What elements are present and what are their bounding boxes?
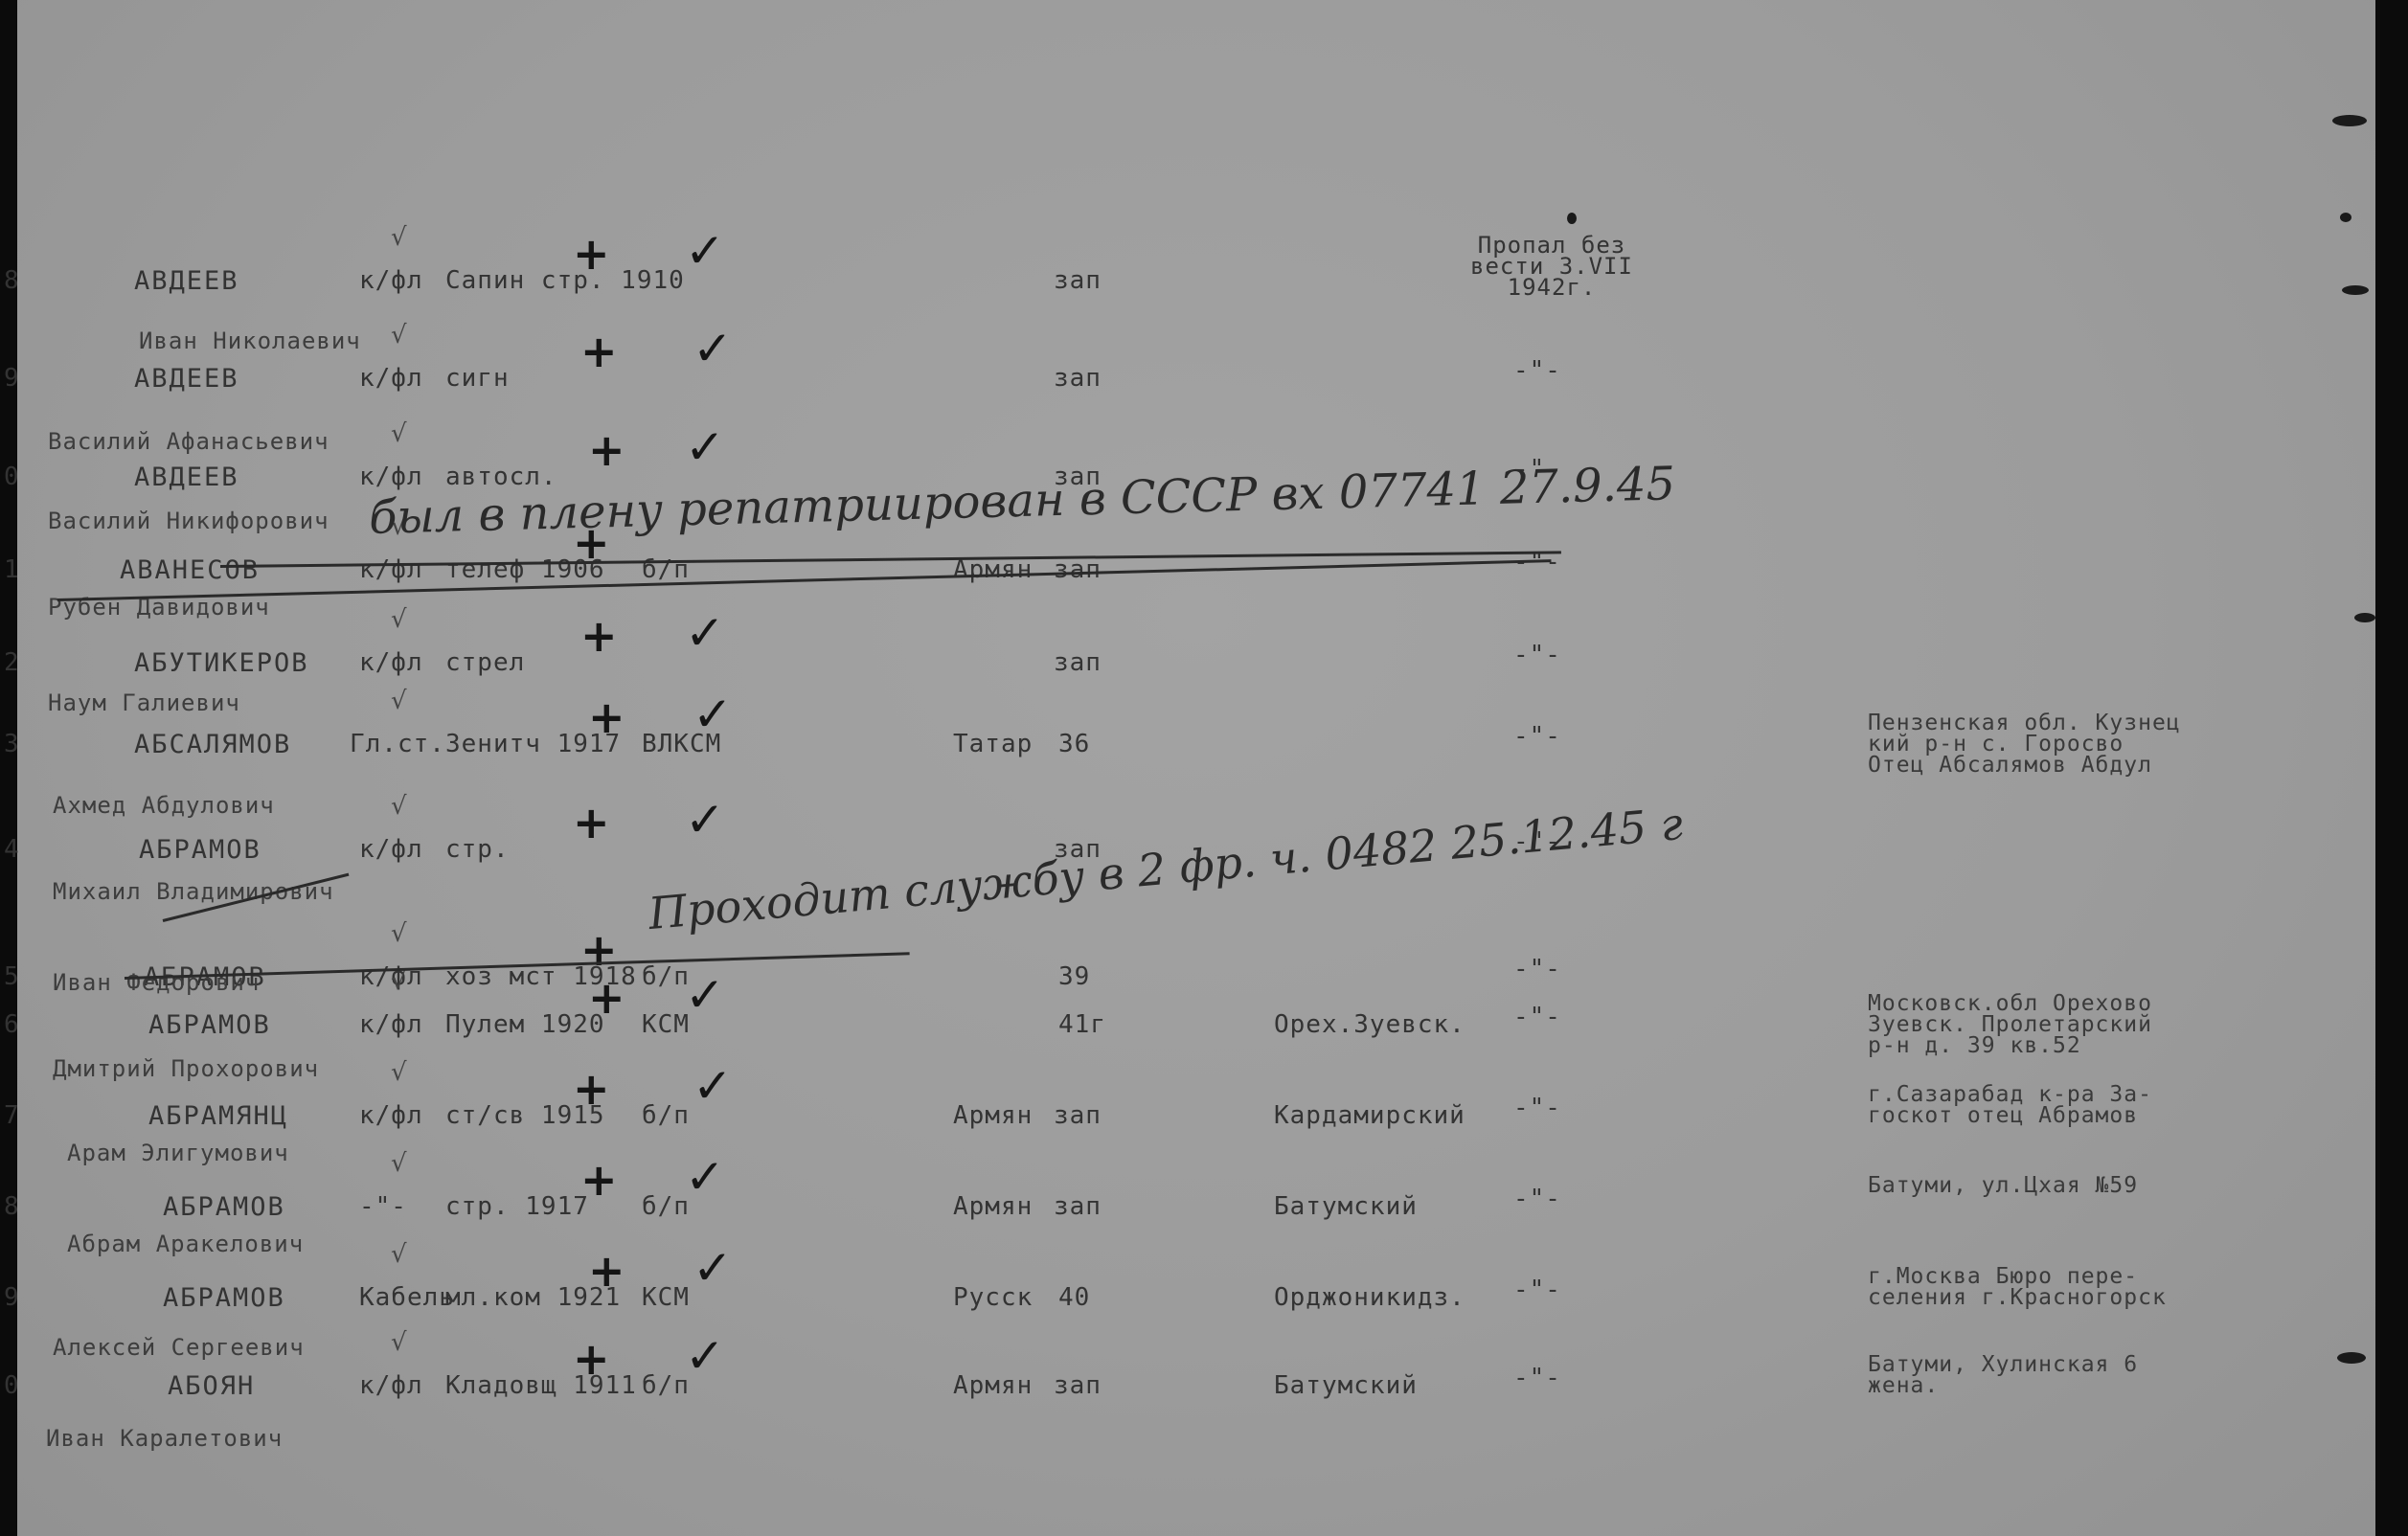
plus-mark: + (573, 1063, 610, 1115)
check-mark: ✓ (685, 419, 725, 475)
patronymic: Ахмед Абдулович (53, 792, 275, 819)
tick-mark: √ (391, 321, 407, 350)
plus-mark: + (588, 691, 625, 743)
home-region: Орджоникидз. (1274, 1283, 1465, 1312)
check-mark: ✓ (693, 687, 733, 742)
tick-mark: √ (391, 919, 407, 948)
patronymic: Дмитрий Прохорович (53, 1055, 319, 1082)
home-address: г.Москва Бюро пере- селения г.Красногорс… (1868, 1266, 2167, 1308)
row-number: 0 (4, 463, 19, 491)
service-status: к/фл (359, 1371, 423, 1400)
home-address: г.Сазарабад к-ра За- госкот отец Абрамов (1868, 1084, 2152, 1126)
plus-mark: + (588, 972, 625, 1024)
surname: АВДЕЕВ (134, 463, 239, 492)
plus-mark: + (573, 228, 610, 280)
check-mark: ✓ (693, 321, 733, 376)
service-status: Гл.ст. (350, 730, 445, 758)
plus-mark: + (580, 924, 618, 976)
tick-mark: √ (391, 223, 407, 252)
home-address: Московск.обл Орехово Зуевск. Пролетарски… (1868, 993, 2152, 1056)
tick-mark: √ (391, 1328, 407, 1357)
rank-year: Сапин стр. 1910 (445, 266, 685, 295)
service-status: Кабель (359, 1283, 455, 1312)
rank-year: стрел (445, 648, 525, 677)
party: б/п (642, 1101, 690, 1130)
party: КСМ (642, 1010, 690, 1039)
surname: АБРАМОВ (148, 1010, 271, 1040)
home-address: Батуми, Хулинская 6 жена. (1868, 1354, 2138, 1396)
plus-mark: + (573, 1333, 610, 1385)
fate-header-note: Пропал без вести 3.VII 1942г. (1465, 235, 1638, 298)
surname: АВАНЕСОВ (120, 555, 260, 585)
paper-stain (2342, 285, 2369, 295)
row-number: 9 (4, 364, 19, 393)
rank-year: Пулем 1920 (445, 1010, 605, 1039)
row-number: 3 (4, 730, 19, 758)
paper-stain (2332, 115, 2367, 126)
tick-mark: √ (391, 605, 407, 634)
row-number: 1 (4, 555, 19, 584)
surname: АБРАМОВ (139, 835, 261, 865)
patronymic: Василий Никифорович (48, 508, 329, 534)
row-number: 8 (4, 1192, 19, 1221)
check-mark: ✓ (685, 1328, 725, 1384)
plus-mark: + (588, 424, 625, 476)
row-number: 9 (4, 1283, 19, 1312)
nationality: Армян (953, 1192, 1033, 1221)
rank-year: сигн (445, 364, 510, 393)
rank-year: стр. (445, 835, 510, 864)
age: 36 (1058, 730, 1090, 758)
age: 41г (1058, 1010, 1106, 1039)
service-status: к/фл (359, 648, 423, 677)
surname: АБРАМЯНЦ (148, 1101, 288, 1131)
party: б/п (642, 1192, 690, 1221)
check-mark: ✓ (693, 1240, 733, 1296)
row-number: 6 (4, 1010, 19, 1039)
fate: -"- (1513, 1185, 1561, 1213)
surname: АБРАМОВ (163, 1283, 285, 1313)
fate: -"- (1513, 356, 1561, 385)
check-mark: ✓ (685, 605, 725, 661)
scan-border-right (2375, 0, 2408, 1536)
patronymic: Арам Элигумович (67, 1140, 289, 1166)
surname: АВДЕЕВ (134, 266, 239, 296)
surname: АБОЯН (168, 1371, 255, 1401)
tick-mark: √ (391, 967, 407, 996)
draft-type: зап (1054, 1101, 1102, 1130)
service-status: к/фл (359, 1010, 423, 1039)
draft-type: зап (1054, 1192, 1102, 1221)
paper-stain (2340, 213, 2351, 222)
home-region: Кардамирский (1274, 1101, 1465, 1130)
fate: -"- (1513, 1094, 1561, 1122)
patronymic: Алексей Сергеевич (53, 1334, 305, 1361)
patronymic: Василий Афанасьевич (48, 428, 329, 455)
age: 40 (1058, 1283, 1090, 1312)
check-mark: ✓ (685, 967, 725, 1023)
draft-type: зап (1054, 266, 1102, 295)
paper-stain (2354, 613, 2375, 622)
party: КСМ (642, 1283, 690, 1312)
check-mark: ✓ (693, 1058, 733, 1114)
row-number: 5 (4, 962, 19, 991)
plus-mark: + (573, 797, 610, 848)
service-status: к/фл (359, 555, 423, 584)
patronymic: Михаил Владимирович (53, 878, 334, 905)
draft-type: зап (1054, 364, 1102, 393)
party: б/п (642, 962, 690, 991)
fate: -"- (1513, 1364, 1561, 1392)
patronymic: Иван Николаевич (139, 328, 361, 354)
nationality: Русск (953, 1283, 1033, 1312)
patronymic: Иван Каралетович (46, 1425, 283, 1452)
service-status: к/фл (359, 266, 423, 295)
surname: АВДЕЕВ (134, 364, 239, 394)
row-number: 7 (4, 1101, 19, 1130)
paper-stain (1567, 213, 1577, 224)
tick-mark: √ (391, 1240, 407, 1269)
service-status: к/фл (359, 364, 423, 393)
fate: -"- (1513, 955, 1561, 983)
nationality: Армян (953, 1101, 1033, 1130)
plus-mark: + (580, 610, 618, 662)
home-region: Орех.Зуевск. (1274, 1010, 1465, 1039)
plus-mark: + (588, 1245, 625, 1297)
party: б/п (642, 1371, 690, 1400)
row-number: 0 (4, 1371, 19, 1400)
fate: -"- (1513, 722, 1561, 751)
nationality: Татар (953, 730, 1033, 758)
row-number: 8 (4, 266, 19, 295)
tick-mark: √ (391, 687, 407, 715)
tick-mark: √ (391, 419, 407, 448)
tick-mark: √ (391, 1149, 407, 1178)
home-region: Батумский (1274, 1192, 1418, 1221)
row-number: 2 (4, 648, 19, 677)
check-mark: ✓ (685, 792, 725, 847)
paper-stain (2337, 1352, 2366, 1364)
service-status: к/фл (359, 463, 423, 491)
service-status: -"- (359, 1192, 407, 1221)
tick-mark: √ (391, 792, 407, 821)
nationality: Армян (953, 1371, 1033, 1400)
plus-mark: + (580, 1154, 618, 1206)
check-mark: ✓ (685, 223, 725, 279)
surname: АБРАМОВ (163, 1192, 285, 1222)
draft-type: зап (1054, 555, 1102, 584)
plus-mark: + (580, 326, 618, 377)
fate: -"- (1513, 1003, 1561, 1031)
home-address: Батуми, ул.Цхая №59 (1868, 1175, 2138, 1196)
home-region: Батумский (1274, 1371, 1418, 1400)
surname: АБСАЛЯМОВ (134, 730, 291, 759)
row-number: 4 (4, 835, 19, 864)
draft-type: зап (1054, 1371, 1102, 1400)
service-status: к/фл (359, 835, 423, 864)
rank-year: стр. 1917 (445, 1192, 589, 1221)
home-address: Пензенская обл. Кузнец кий р-н с. Горосв… (1868, 712, 2181, 776)
surname: АБУТИКЕРОВ (134, 648, 309, 678)
check-mark: ✓ (685, 1149, 725, 1205)
fate: -"- (1513, 641, 1561, 669)
patronymic: Наум Галиевич (48, 689, 240, 716)
age: 39 (1058, 962, 1090, 991)
tick-mark: √ (391, 1058, 407, 1087)
fate: -"- (1513, 1276, 1561, 1304)
patronymic: Абрам Аракелович (67, 1231, 304, 1257)
service-status: к/фл (359, 1101, 423, 1130)
draft-type: зап (1054, 648, 1102, 677)
